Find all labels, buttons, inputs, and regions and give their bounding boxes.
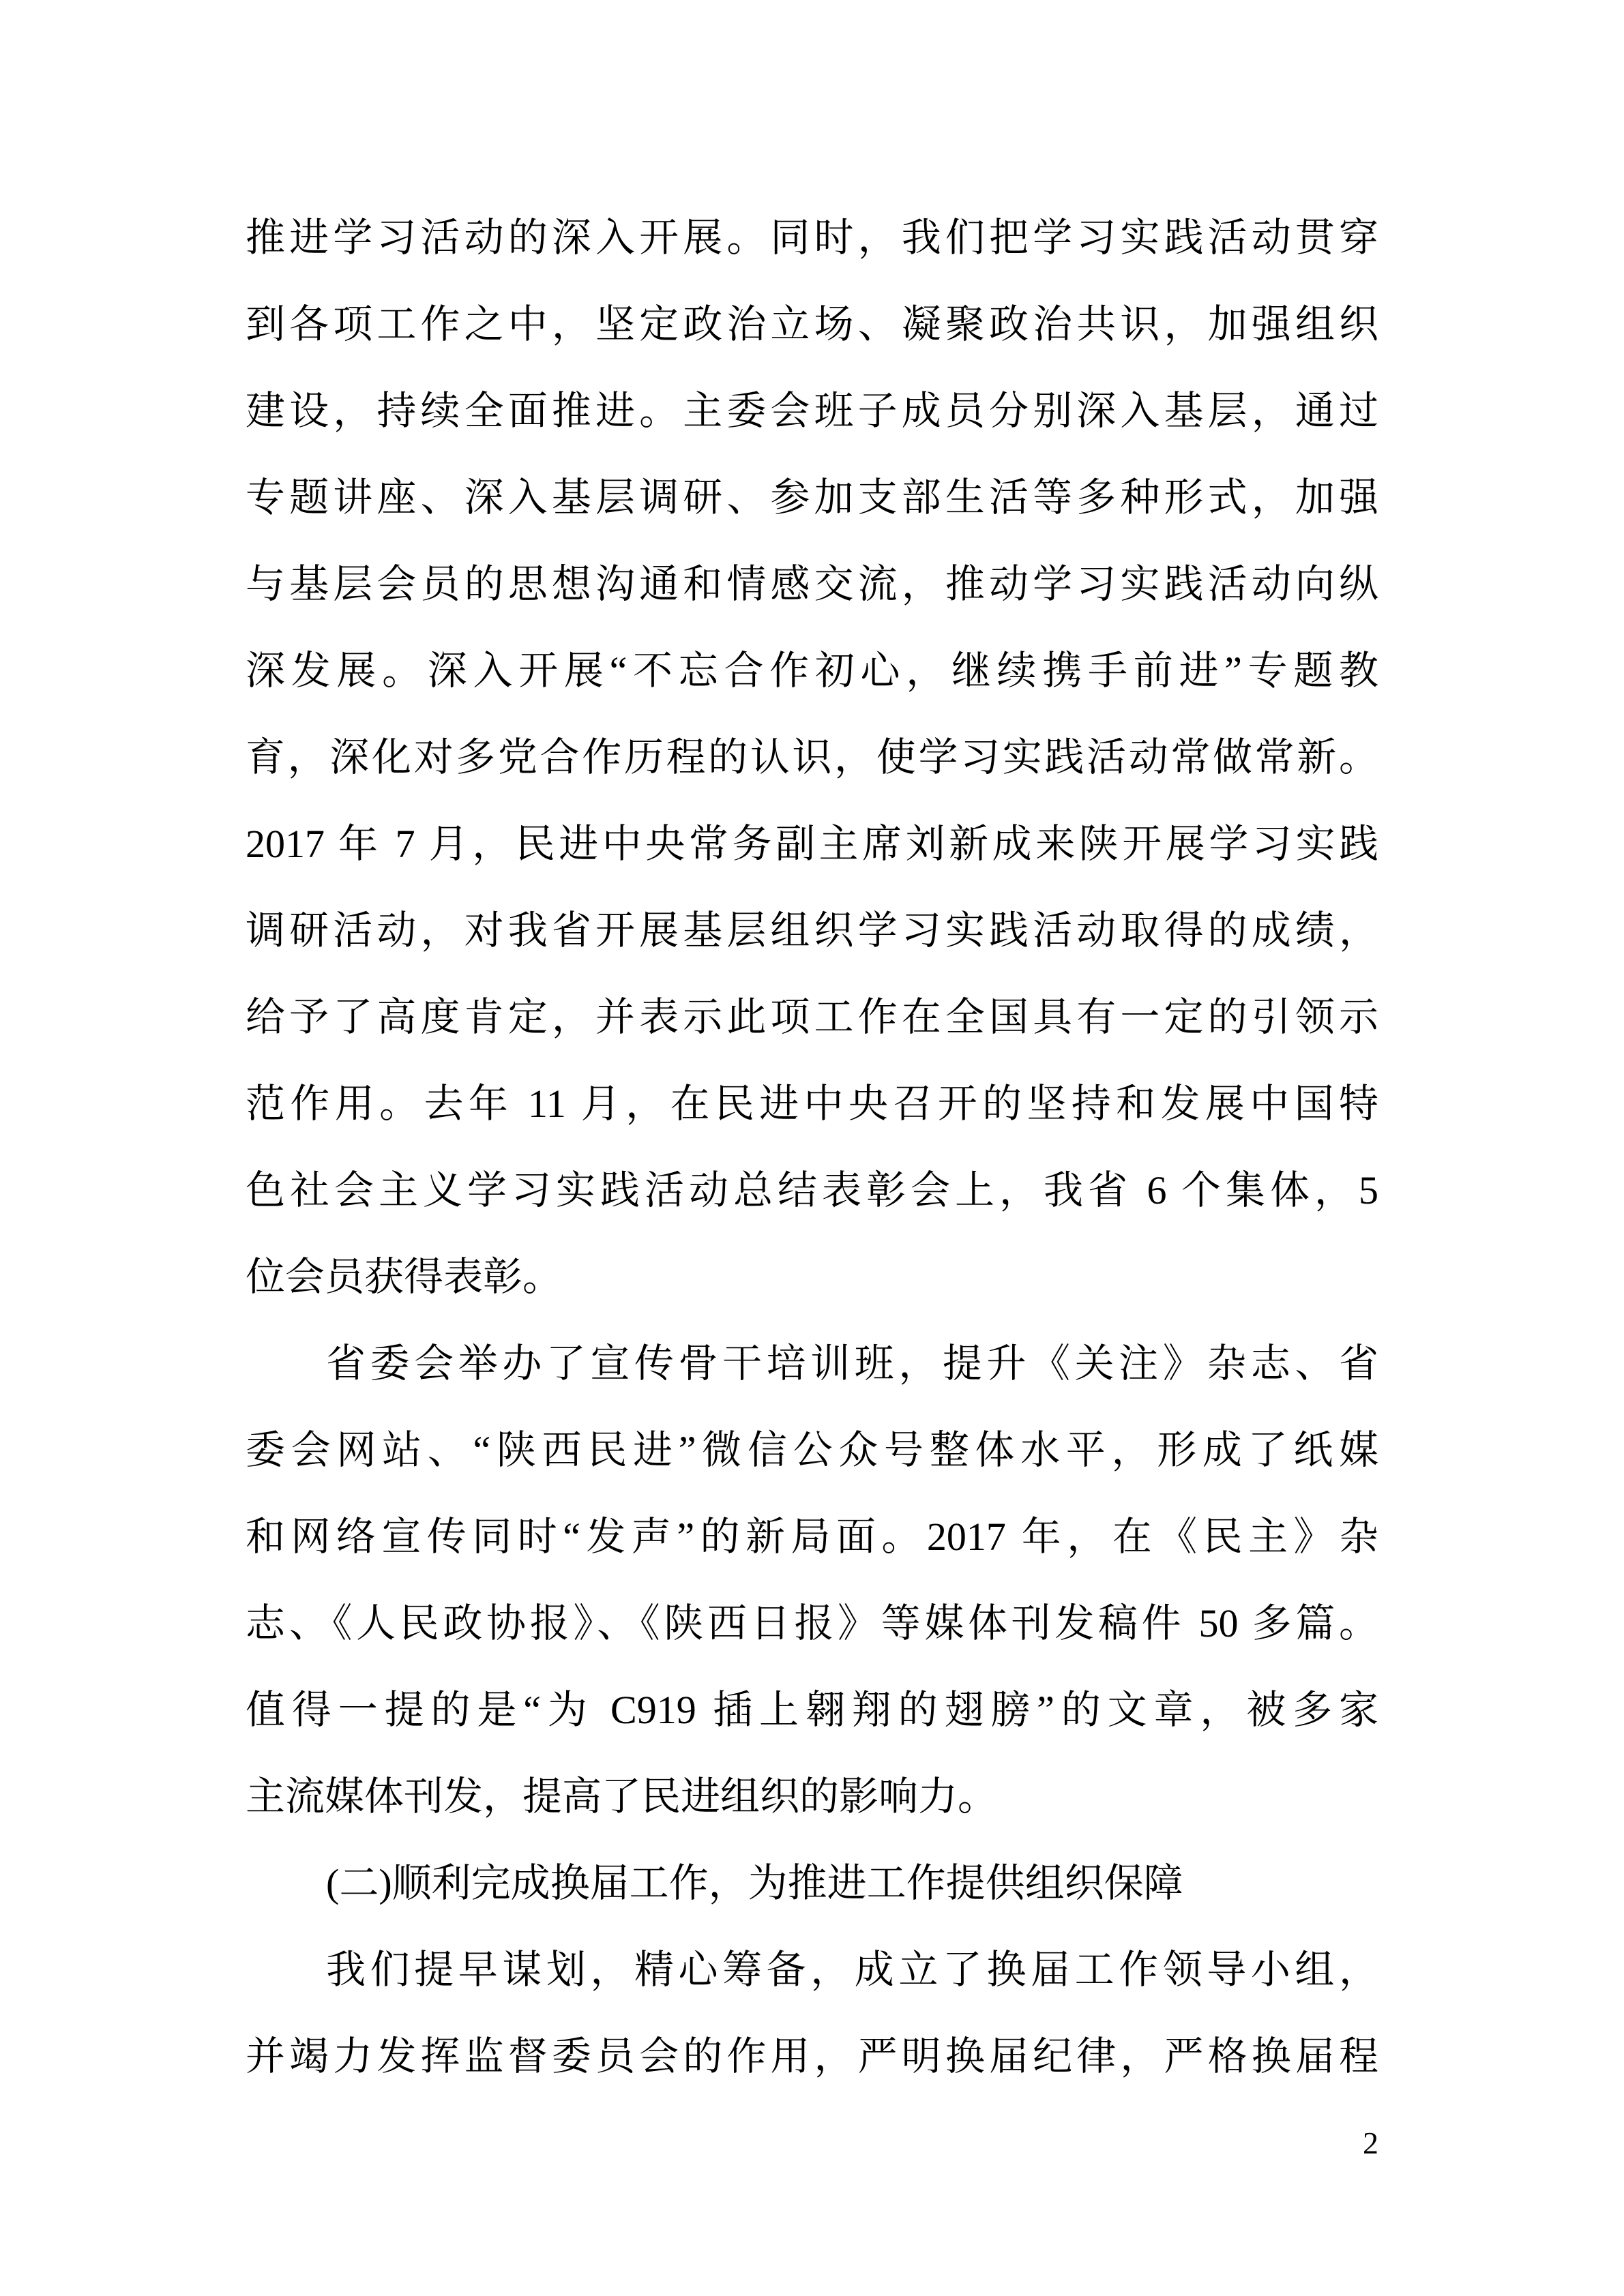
document-page: 推进学习活动的深入开展。同时，我们把学习实践活动贯穿到各项工作之中，坚定政治立场… bbox=[0, 0, 1624, 2296]
text-line: 育，深化对多党合作历程的认识，使学习实践活动常做常新。 bbox=[246, 714, 1378, 801]
text-line: 值得一提的是“为 C919 插上翱翔的翅膀”的文章，被多家 bbox=[246, 1667, 1378, 1753]
text-line: 省委会举办了宣传骨干培训班，提升《关注》杂志、省 bbox=[246, 1320, 1378, 1407]
text-line: 推进学习活动的深入开展。同时，我们把学习实践活动贯穿 bbox=[246, 194, 1378, 281]
text-line: 深发展。深入开展“不忘合作初心，继续携手前进”专题教 bbox=[246, 627, 1378, 714]
text-line: 色社会主义学习实践活动总结表彰会上，我省 6 个集体，5 bbox=[246, 1147, 1378, 1234]
text-line: 委会网站、“陕西民进”微信公众号整体水平，形成了纸媒 bbox=[246, 1407, 1378, 1493]
text-line: 2017 年 7 月，民进中央常务副主席刘新成来陕开展学习实践 bbox=[246, 801, 1378, 887]
text-line: 我们提早谋划，精心筹备，成立了换届工作领导小组， bbox=[246, 1926, 1378, 2013]
text-line: 专题讲座、深入基层调研、参加支部生活等多种形式，加强 bbox=[246, 454, 1378, 541]
text-line: 位会员获得表彰。 bbox=[246, 1234, 1378, 1320]
text-line: 给予了高度肯定，并表示此项工作在全国具有一定的引领示 bbox=[246, 974, 1378, 1060]
text-line: 调研活动，对我省开展基层组织学习实践活动取得的成绩， bbox=[246, 887, 1378, 974]
text-line: 范作用。去年 11 月，在民进中央召开的坚持和发展中国特 bbox=[246, 1060, 1378, 1147]
text-line: 到各项工作之中，坚定政治立场、凝聚政治共识，加强组织 bbox=[246, 281, 1378, 368]
text-line: 主流媒体刊发，提高了民进组织的影响力。 bbox=[246, 1753, 1378, 1840]
document-body: 推进学习活动的深入开展。同时，我们把学习实践活动贯穿到各项工作之中，坚定政治立场… bbox=[246, 194, 1378, 2100]
text-line: 与基层会员的思想沟通和情感交流，推动学习实践活动向纵 bbox=[246, 541, 1378, 627]
text-line: 志、《人民政协报》、《陕西日报》等媒体刊发稿件 50 多篇。 bbox=[246, 1580, 1378, 1667]
page-number: 2 bbox=[1363, 2126, 1378, 2160]
text-line: (二)顺利完成换届工作，为推进工作提供组织保障 bbox=[246, 1840, 1378, 1926]
text-line: 建设，持续全面推进。主委会班子成员分别深入基层，通过 bbox=[246, 368, 1378, 454]
text-line: 和网络宣传同时“发声”的新局面。2017 年，在《民主》杂 bbox=[246, 1493, 1378, 1580]
text-line: 并竭力发挥监督委员会的作用，严明换届纪律，严格换届程 bbox=[246, 2013, 1378, 2100]
